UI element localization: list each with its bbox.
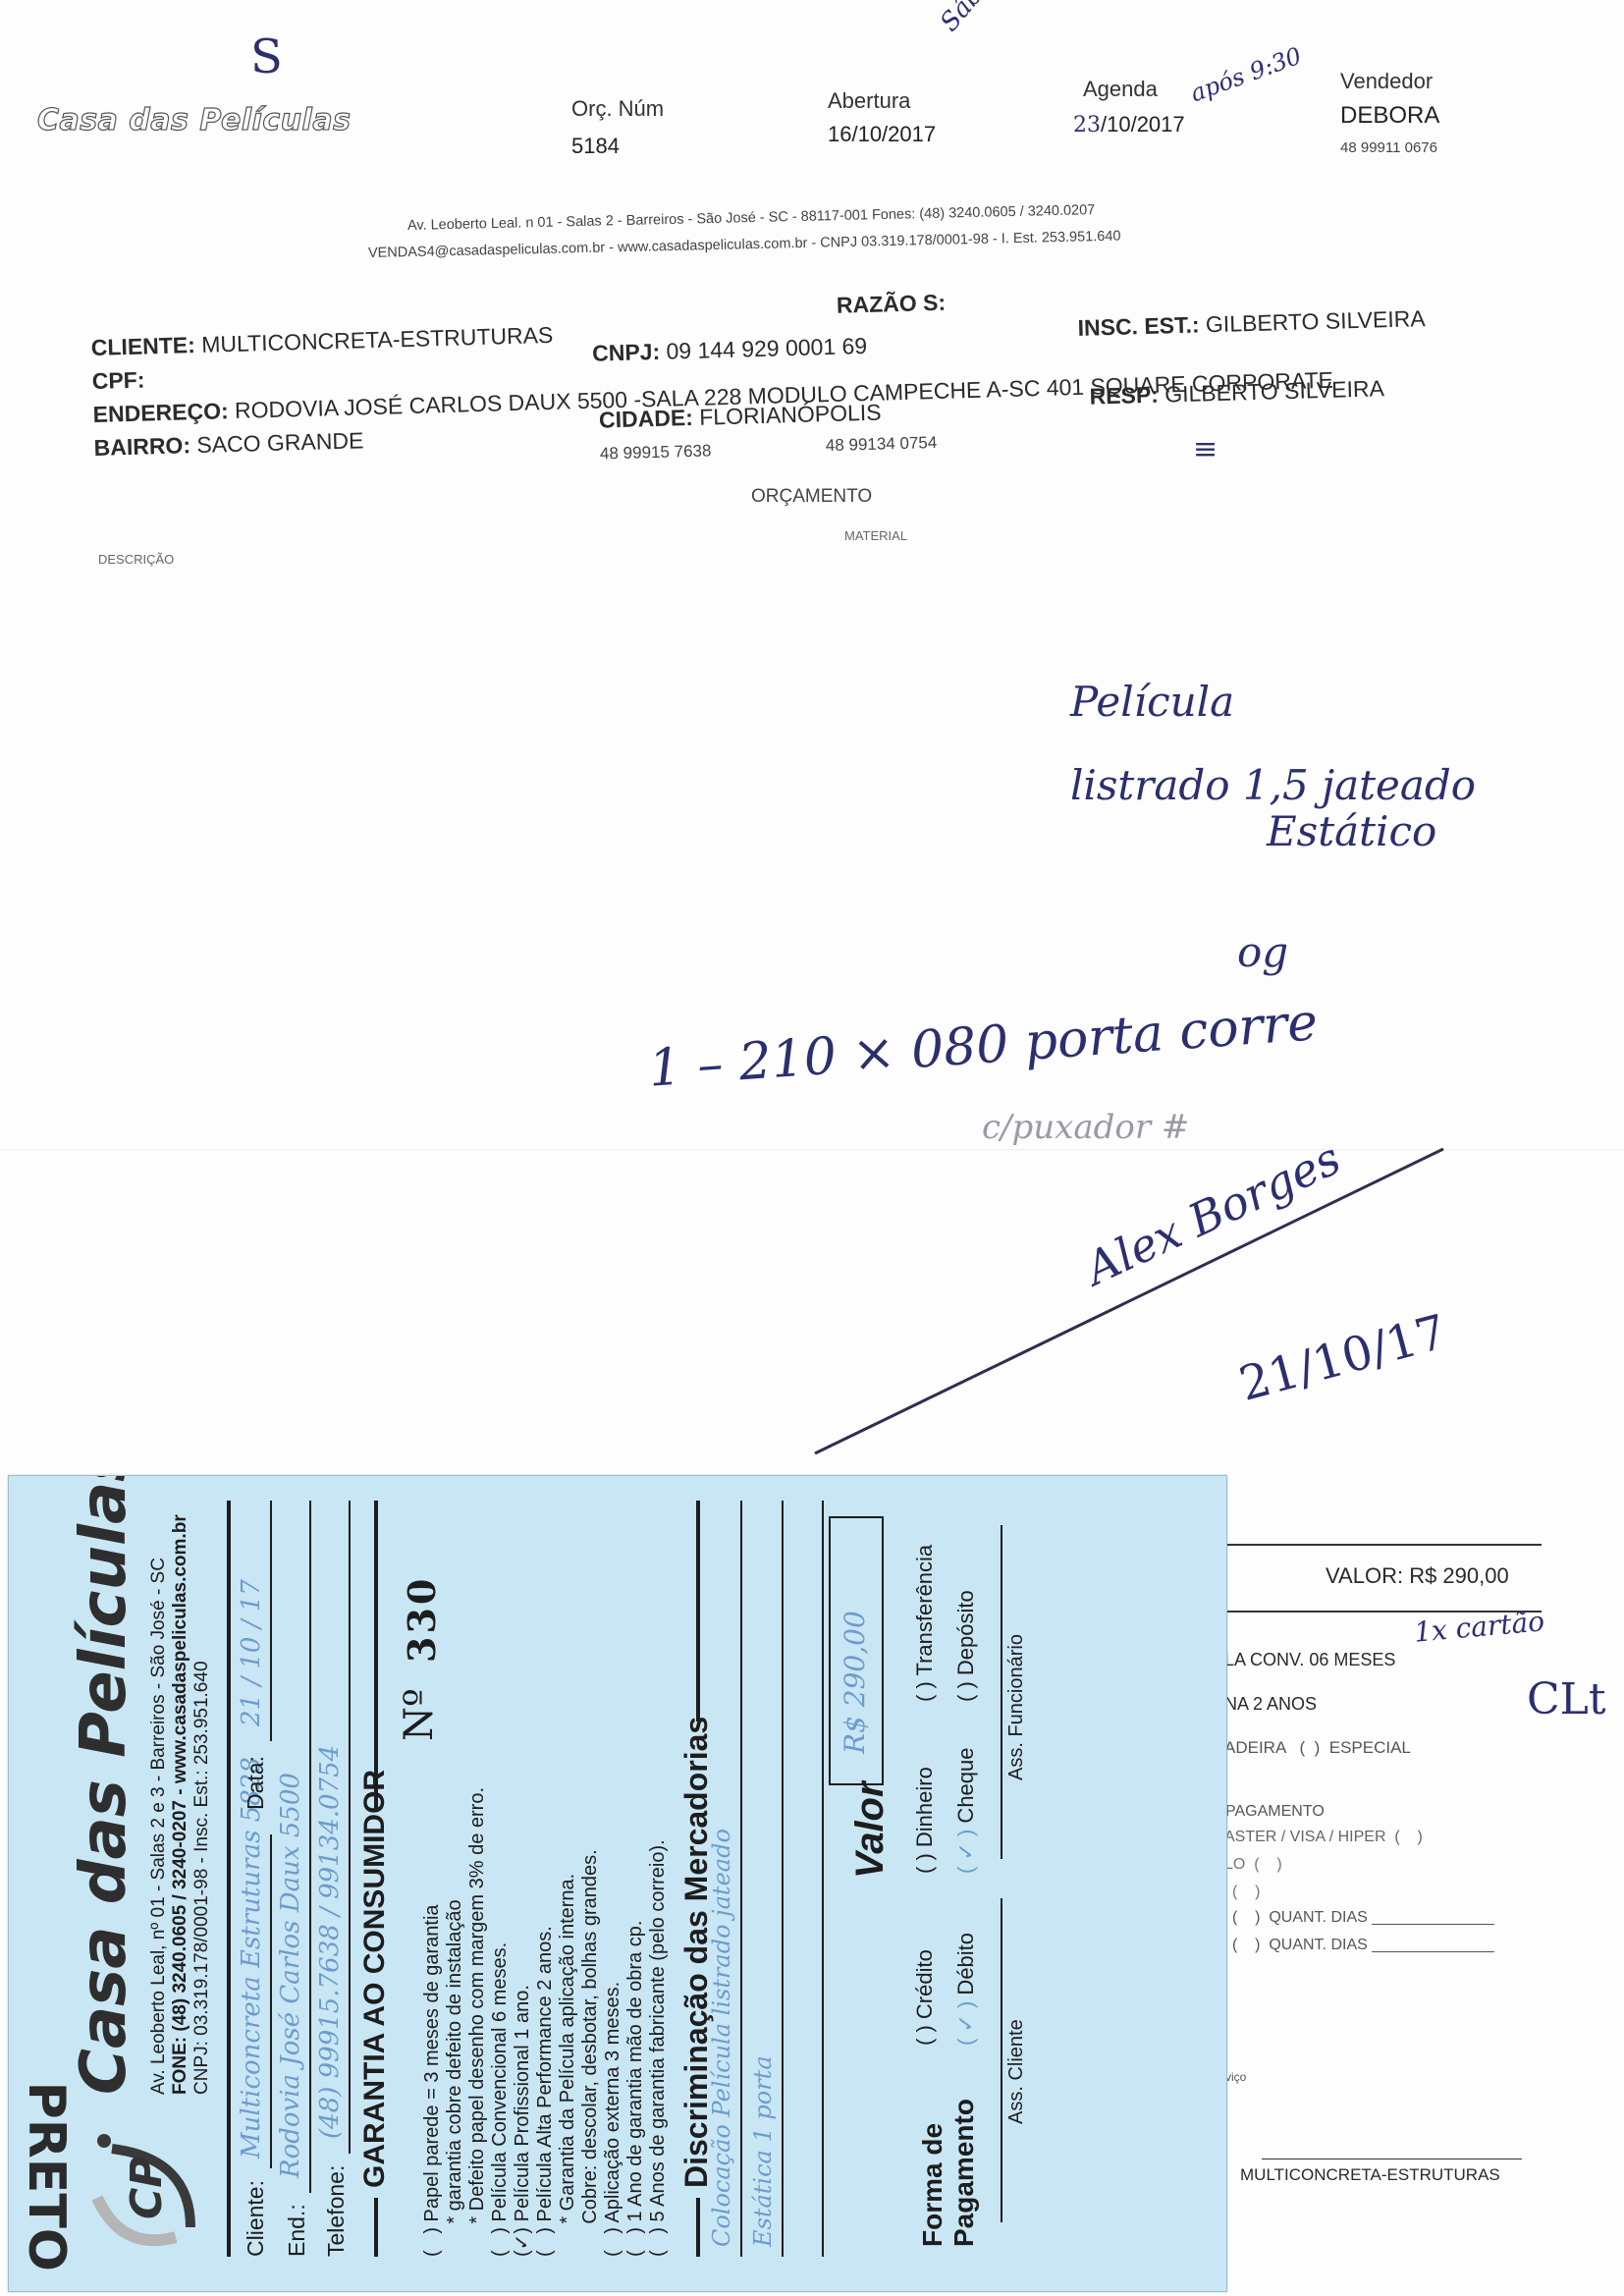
receipt-brand: Casa das Películas® <box>68 1475 140 2095</box>
telefone-line <box>349 1501 351 2154</box>
checkbox-icon[interactable]: ( ✓ ) <box>953 1995 978 2046</box>
receipt-address: Av. Leoberto Leal, nº 01 - Salas 2 e 3 -… <box>148 1558 170 2095</box>
ass-funcionario-line <box>1001 1525 1002 1859</box>
garantia-item[interactable]: ( ) 1 Ano de garantia mão de obra cp. <box>624 1787 647 2257</box>
receipt-number-label: Nº <box>397 1688 442 1741</box>
forma-pagamento-label: Forma de Pagamento <box>917 2099 980 2247</box>
receipt-telefone-hand: (48) 99915.7638 / 99134.0754 <box>315 1745 345 2139</box>
cards-option: ASTER / VISA / HIPER ( ) <box>1224 1829 1423 1846</box>
pagamento-label: PAGAMENTO <box>1225 1803 1325 1821</box>
preto-stamp: PRETO <box>17 2082 76 2271</box>
divider <box>374 1501 378 1810</box>
valor-label: Valor <box>848 1781 893 1879</box>
garantia-2anos: NA 2 ANOS <box>1224 1694 1317 1715</box>
discriminacao-hand-2: Estática 1 porta <box>749 2055 777 2247</box>
signature-line <box>1262 2159 1522 2159</box>
payment-option-cheque[interactable]: ( ✓ ) Cheque <box>953 1747 979 1874</box>
quant-dias-1: ( ) QUANT. DIAS ______________ <box>1232 1909 1494 1927</box>
payment-option-crédito[interactable]: ( ) Crédito <box>912 1949 938 2046</box>
valor-hand: R$ 290,00 <box>839 1611 871 1754</box>
garantia-item: Cobre: descolar, desbotar, bolhas grande… <box>579 1787 602 2257</box>
payment-option-débito[interactable]: ( ✓ ) Débito <box>953 1933 979 2046</box>
garantia-item[interactable]: ( ) Aplicação externa 3 meses. <box>602 1787 624 2257</box>
servico-fragment: viço <box>1225 2070 1246 2084</box>
payment-option: ( ) <box>1232 1884 1260 1901</box>
cliente-line <box>270 1834 272 2168</box>
valor-total: VALOR: R$ 290,00 <box>1326 1563 1509 1589</box>
garantia-item[interactable]: ( ) Película Convencional 6 meses. <box>489 1787 512 2257</box>
divider <box>374 2198 378 2257</box>
garantia-item[interactable]: (✓) Película Profissional 1 ano. <box>512 1787 534 2257</box>
checkbox-icon[interactable]: ( ✓ ) <box>953 1824 978 1874</box>
discriminacao-line <box>782 1501 784 2257</box>
divider <box>696 1501 700 1722</box>
ass-cliente-line <box>1001 1898 1002 2222</box>
svg-text:CP: CP <box>122 2156 172 2219</box>
ass-cliente-label: Ass. Cliente <box>1005 2019 1028 2124</box>
signature-name: MULTICONCRETA-ESTRUTURAS <box>1240 2165 1500 2185</box>
garantia-item[interactable]: ( ) Papel parede = 3 meses de garantia <box>421 1787 444 2257</box>
divider <box>696 2198 700 2257</box>
garantia-conv: LA CONV. 06 MESES <box>1224 1650 1395 1670</box>
receipt-cliente-hand: Multiconcreta Estruturas 5828 <box>237 1757 266 2159</box>
payment-option-depósito[interactable]: ( ) Depósito <box>953 1590 979 1702</box>
receipt-telefone-label: Telefone: <box>323 2165 350 2257</box>
garantia-title: GARANTIA AO CONSUMIDOR <box>358 1770 392 2188</box>
discriminacao-line <box>822 1501 824 2257</box>
receipt-content: PRETO CP Casa das Películas® Av. Leobert… <box>9 1476 1226 2291</box>
discriminacao-hand-1: Colocação Película listrado jateado <box>708 1829 735 2247</box>
receipt-cnpj: CNPJ: 03.319.178/0001-98 - Insc. Est.: 2… <box>191 1661 213 2095</box>
receipt-data-hand: 21 / 10 / 17 <box>237 1579 266 1726</box>
receipt-cliente-label: Cliente: <box>243 2180 269 2257</box>
quant-dias-2: ( ) QUANT. DIAS ______________ <box>1232 1937 1494 1954</box>
cp-logo-icon: CP <box>82 2129 210 2257</box>
garantia-item: * Garantia da Película aplicação interna… <box>557 1787 579 2257</box>
checkbox-icon[interactable]: ( ) <box>912 1847 937 1874</box>
ass-funcionario-label: Ass. Funcionário <box>1005 1634 1028 1780</box>
receipt-end-label: End.: <box>284 2204 310 2257</box>
discriminacao-line <box>740 1501 742 2257</box>
garantia-list: ( ) Papel parede = 3 meses de garantia *… <box>421 1787 670 2257</box>
madeira-line: ADEIRA ( ) ESPECIAL <box>1224 1738 1411 1758</box>
warranty-receipt: PRETO CP Casa das Películas® Av. Leobert… <box>8 1475 1227 2292</box>
receipt-end-hand: Rodovia José Carlos Daux 5500 <box>276 1773 305 2178</box>
divider <box>227 1501 231 2257</box>
receipt-data-label: Data: <box>243 1756 269 1810</box>
garantia-item: * garantia cobre defeito de instalação <box>444 1787 466 2257</box>
payment-option-transferência[interactable]: ( ) Transferência <box>912 1545 938 1702</box>
receipt-number: 330 <box>400 1576 444 1663</box>
checkbox-icon[interactable]: ( ) <box>953 1675 978 1702</box>
end-line <box>309 1501 311 2193</box>
payment-option-dinheiro[interactable]: ( ) Dinheiro <box>912 1767 938 1874</box>
checkbox-icon[interactable]: ( ) <box>912 2019 937 2046</box>
note-initials: CLt <box>1527 1674 1606 1724</box>
garantia-item[interactable]: ( ) 5 Anos de garantia fabricante (pelo … <box>647 1787 670 2257</box>
checkbox-icon[interactable]: ( ) <box>912 1676 937 1702</box>
receipt-phone: FONE: (48) 3240.0605 / 3240-0207 - www.c… <box>170 1514 191 2095</box>
garantia-item[interactable]: ( ) Película Alta Performance 2 anos. <box>534 1787 557 2257</box>
data-line <box>270 1501 272 1741</box>
valor-box[interactable]: R$ 290,00 <box>829 1516 884 1785</box>
payment-option: LO ( ) <box>1224 1856 1282 1874</box>
garantia-item: * Defeito papel desenho com margem 3% de… <box>466 1787 489 2257</box>
divider <box>1227 1544 1542 1546</box>
